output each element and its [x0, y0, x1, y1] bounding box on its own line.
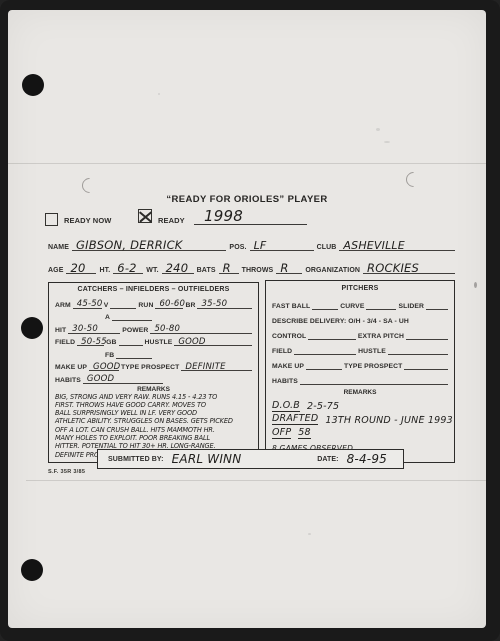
remarks-line: ATHLETIC ABILITY. STRUGGLES ON BASES. GE… [55, 417, 252, 425]
ready-now-checkbox [45, 213, 58, 226]
pitchers-box-title: PITCHERS [272, 285, 448, 292]
form-sheet-bottom-edge [26, 480, 486, 481]
type-prospect-label: TYPE PROSPECT [121, 364, 179, 371]
curve-label: CURVE [340, 303, 364, 310]
fastball-label: FAST BALL [272, 303, 310, 310]
hustle-label: HUSTLE [145, 339, 173, 346]
field-hustle-row: FIELD 50-55 GB HUSTLE GOOD [55, 334, 252, 347]
scan-speck [308, 533, 311, 535]
pos-label: POS. [229, 244, 246, 251]
name-field: GIBSON, DERRICK [72, 239, 226, 252]
remarks-line: BALL SURPRISINGLY WELL IN LF. VERY GOOD [55, 409, 252, 417]
curve-field [366, 309, 396, 310]
scan-speck [384, 141, 390, 143]
habits-row: HABITS GOOD [55, 371, 252, 384]
remarks-line: BIG, STRONG AND VERY RAW. RUNS 4.15 - 4.… [55, 393, 252, 401]
binder-hole-dot [21, 317, 43, 339]
punch-hole-crescent [79, 175, 100, 196]
age-field: 20 [66, 262, 96, 275]
remarks-line: MANY HOLES TO EXPLOIT. POOR BREAKING BAL… [55, 434, 252, 442]
ready-checkbox [138, 209, 152, 223]
pitchers-remarks-title: REMARKS [272, 389, 448, 396]
height-label: HT. [99, 267, 110, 274]
weight-label: WT. [146, 267, 158, 274]
power-field: 50-80 [150, 324, 252, 334]
date-label: DATE: [317, 456, 338, 463]
pitcher-makeup-row: MAKE UP TYPE PROSPECT [272, 355, 448, 370]
ofp-label: OFP [272, 428, 291, 439]
form-sheet-top-edge [8, 163, 486, 164]
submitted-box: SUBMITTED BY: EARL WINN DATE: 8-4-95 [97, 449, 404, 469]
pitcher-habits-row: HABITS [272, 370, 448, 385]
habits-field: GOOD [83, 374, 163, 384]
ready-now-label: READY NOW [64, 216, 111, 225]
ready-year-value: 1998 [204, 209, 243, 224]
slider-field [426, 309, 448, 310]
binder-hole-dot [22, 74, 44, 96]
fielders-box-title: CATCHERS – INFIELDERS – OUTFIELDERS [55, 286, 252, 293]
fb-field [116, 358, 152, 359]
pitcher-prospect-label: TYPE PROSPECT [344, 363, 402, 370]
date-value: 8-4-95 [347, 453, 387, 465]
club-field: ASHEVILLE [339, 239, 455, 251]
field-field: 50-55 [77, 337, 104, 347]
weight-field: 240 [162, 262, 194, 275]
name-row: NAME GIBSON, DERRICK POS. LF CLUB ASHEVI… [48, 230, 455, 251]
run-label: RUN [138, 302, 153, 309]
a-field [112, 320, 152, 321]
throws-label: THROWS [242, 267, 274, 274]
fastball-field [312, 309, 338, 310]
fb-label: FB [105, 352, 114, 359]
pitcher-hustle-field [388, 354, 448, 355]
gb-label: GB [106, 339, 116, 346]
pitcher-hustle-label: HUSTLE [358, 348, 386, 355]
extra-pitch-label: EXTRA PITCH [358, 333, 404, 340]
club-label: CLUB [317, 244, 337, 251]
scan-speck [474, 282, 477, 288]
scanned-scouting-report: “READY FOR ORIOLES” PLAYER READY NOW REA… [0, 0, 500, 641]
extra-pitch-field [406, 339, 448, 340]
delivery-row: DESCRIBE DELIVERY: O/H - 3/4 - SA - UH [272, 310, 448, 325]
a-label: A [105, 314, 110, 321]
pitcher-field-field [294, 354, 356, 355]
throws-field: R [276, 262, 302, 275]
drafted-label: DRAFTED [272, 414, 318, 425]
control-label: CONTROL [272, 333, 306, 340]
slider-label: SLIDER [398, 303, 424, 310]
br-field: 35-50 [197, 299, 252, 309]
makeup-prospect-row: MAKE UP GOOD TYPE PROSPECT DEFINITE [55, 359, 252, 372]
hit-label: HIT [55, 327, 66, 334]
binder-hole-dot [21, 559, 43, 581]
pitcher-habits-label: HABITS [272, 378, 298, 385]
hit-field: 30-50 [68, 324, 120, 334]
age-row: AGE 20 HT. 6-2 WT. 240 BATS R THROWS R O… [48, 253, 455, 274]
hustle-field: GOOD [174, 337, 252, 347]
delivery-label: DESCRIBE DELIVERY: O/H - 3/4 - SA - UH [272, 318, 409, 325]
ofp-row: OFP 58 [272, 425, 448, 439]
v-label: V [104, 302, 109, 309]
type-prospect-field: DEFINITE [181, 362, 252, 372]
dob-label: D.O.B [272, 401, 300, 412]
v-field [110, 308, 136, 309]
organization-field: ROCKIES [363, 262, 455, 275]
drafted-value: 13TH ROUND - JUNE 1993 [325, 416, 452, 426]
form-title: “READY FOR ORIOLES” PLAYER [38, 194, 456, 205]
a-row: A [105, 309, 252, 322]
pos-field: LF [250, 239, 314, 251]
field-label: FIELD [55, 339, 75, 346]
arm-run-row: ARM 45-50 V RUN 60-60 BR 35-50 [55, 296, 252, 309]
dob-row: D.O.B 2-5-75 [272, 398, 448, 412]
br-label: BR [185, 302, 195, 309]
pitchers-box: PITCHERS FAST BALL CURVE SLIDER DESCRIBE… [265, 280, 455, 463]
arm-field: 45-50 [73, 299, 102, 309]
remarks-line: FIRST. THROWS HAVE GOOD CARRY. MOVES TO [55, 401, 252, 409]
name-label: NAME [48, 244, 69, 251]
habits-label: HABITS [55, 377, 81, 384]
fielders-remarks-title: REMARKS [55, 386, 252, 393]
pitcher-makeup-label: MAKE UP [272, 363, 304, 370]
submitted-by-name: EARL WINN [172, 453, 242, 465]
run-field: 60-60 [155, 299, 183, 309]
power-label: POWER [122, 327, 148, 334]
ofp-value: 58 [298, 428, 311, 439]
pitcher-prospect-field [404, 369, 448, 370]
control-row: CONTROL EXTRA PITCH [272, 325, 448, 340]
pitcher-makeup-field [306, 369, 342, 370]
scan-speck [158, 93, 160, 95]
bats-field: R [219, 262, 239, 275]
scan-speck [376, 128, 380, 131]
organization-label: ORGANIZATION [305, 267, 360, 274]
height-field: 6-2 [113, 262, 143, 275]
makeup-label: MAKE UP [55, 364, 87, 371]
age-label: AGE [48, 267, 63, 274]
form-number: S.F. 35R 3/85 [48, 469, 85, 475]
fastball-row: FAST BALL CURVE SLIDER [272, 295, 448, 310]
arm-label: ARM [55, 302, 71, 309]
drafted-row: DRAFTED 13TH ROUND - JUNE 1993 [272, 412, 448, 426]
pitcher-field-row: FIELD HUSTLE [272, 340, 448, 355]
fb-row: FB [105, 346, 252, 359]
paper-sheet: “READY FOR ORIOLES” PLAYER READY NOW REA… [8, 10, 486, 628]
ready-label: READY [158, 216, 185, 225]
pitcher-field-label: FIELD [272, 348, 292, 355]
hit-power-row: HIT 30-50 POWER 50-80 [55, 321, 252, 334]
control-field [308, 339, 356, 340]
remarks-line: OFF A LOT. CAN CRUSH BALL. HITS MAMMOTH … [55, 426, 252, 434]
pitcher-habits-field [300, 384, 448, 385]
fielders-box: CATCHERS – INFIELDERS – OUTFIELDERS ARM … [48, 282, 259, 463]
dob-value: 2-5-75 [307, 402, 339, 412]
gb-field [119, 345, 143, 346]
bats-label: BATS [197, 267, 216, 274]
punch-hole-crescent [403, 169, 424, 190]
submitted-by-label: SUBMITTED BY: [108, 456, 164, 463]
makeup-field: GOOD [89, 362, 119, 372]
